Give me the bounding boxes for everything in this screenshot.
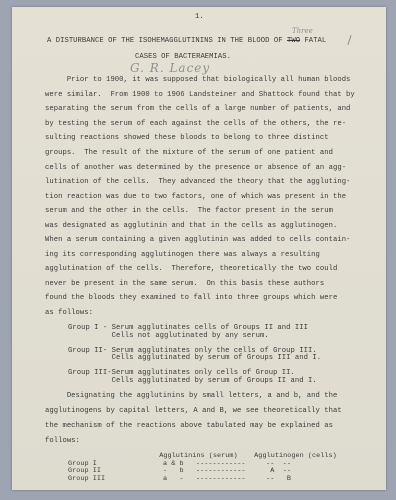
text-line: follows: — [45, 438, 80, 445]
text-line: When a serum containing a given agglutin… — [45, 237, 350, 244]
text-line: agglutination of the cells. Therefore, t… — [45, 266, 337, 273]
text-line: Designating the agglutinins by small let… — [45, 393, 337, 400]
text-line: groups. The result of the mixture of the… — [45, 150, 333, 157]
handwritten-author: G. R. Lacey — [130, 61, 210, 75]
group-1-line-2: Cells not agglutinated by any serum. — [68, 333, 269, 340]
page-number: 1. — [195, 14, 204, 21]
document-page: 1. Three A DISTURBANCE OF THE ISOHEMAGGL… — [12, 7, 386, 490]
text-line: was designated as agglutinin and that in… — [45, 223, 337, 230]
text-line: separating the serum from the cells of a… — [45, 106, 350, 113]
text-line: tion reaction was due to two factors, on… — [45, 194, 346, 201]
text-line: the mechanism of the reactions above tab… — [45, 423, 333, 430]
text-line: were similar. From 1900 to 1906 Landstei… — [45, 92, 355, 99]
text-line: found the bloods they examined to fall i… — [45, 295, 337, 302]
title-prefix: A DISTURBANCE OF THE ISOHEMAGGLUTININS I… — [47, 37, 287, 45]
group-3-line-2: Cells agglutinated by serum of Groups II… — [68, 378, 317, 385]
title-suffix: FATAL — [300, 37, 326, 45]
text-line: Prior to 1900, it was supposed that biol… — [45, 77, 350, 84]
text-line: lutination of the cells. They advanced t… — [45, 179, 350, 186]
text-line: as follows: — [45, 310, 93, 317]
text-line: serum and the other in the cells. The fa… — [45, 208, 333, 215]
text-line: cells of another was determined by the p… — [45, 165, 346, 172]
text-line: by testing the serum of each against the… — [45, 121, 346, 128]
title-line-1: A DISTURBANCE OF THE ISOHEMAGGLUTININS I… — [47, 38, 326, 45]
struck-word: TWO — [287, 37, 300, 45]
text-line: sulting reactions showed these bloods to… — [45, 135, 329, 142]
handwritten-slash — [347, 35, 351, 45]
group-2-line-2: Cells agglutinated by serum of Groups II… — [68, 355, 321, 362]
table-row: Group III a - ------------ -- B — [68, 476, 291, 483]
text-line: agglutinogens by capital letters, A and … — [45, 408, 342, 415]
text-line: ing its corresponding agglutinogen there… — [45, 252, 320, 259]
text-line: never be present in the same serum. On t… — [45, 281, 324, 288]
handwritten-correction: Three — [292, 27, 313, 35]
